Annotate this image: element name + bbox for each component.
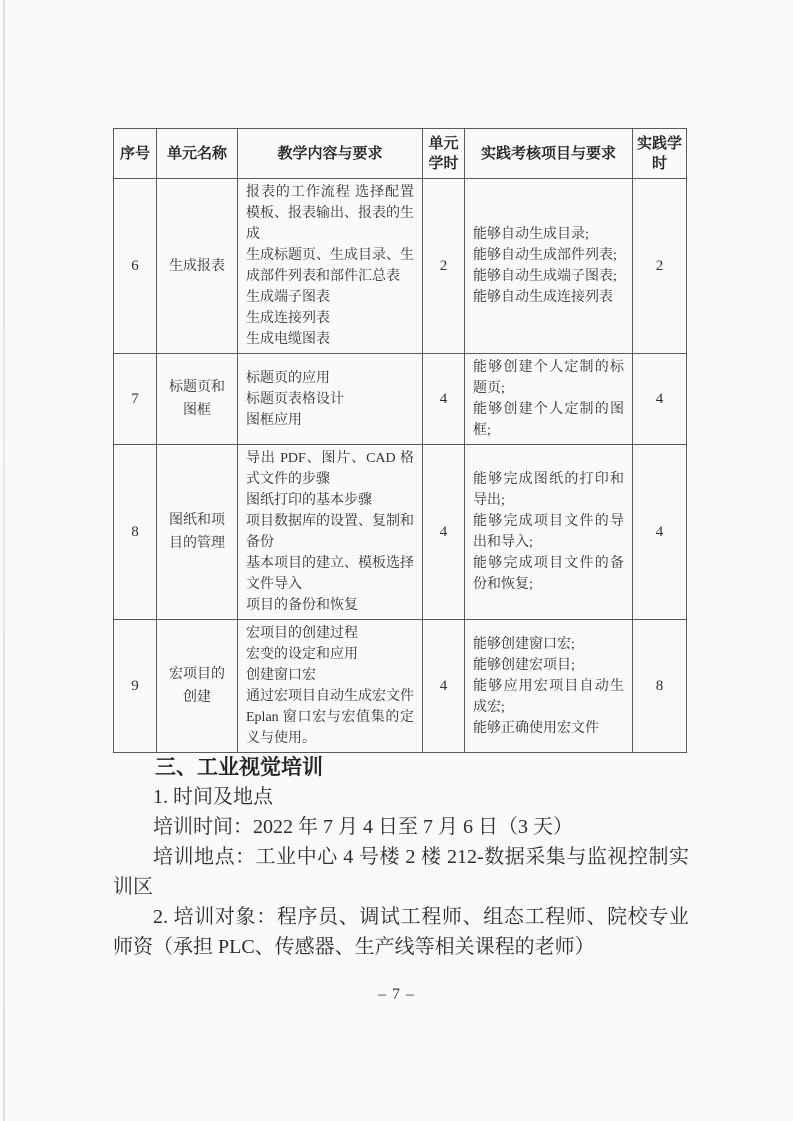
unit-hours: 4 bbox=[423, 620, 465, 753]
teaching-content-cell: 标题页的应用 标题页表格设计 图框应用 bbox=[238, 354, 423, 445]
practice-assessment-cell: 能够创建窗口宏; 能够创建宏项目; 能够应用宏项目自动生成宏; 能够正确使用宏文… bbox=[465, 620, 633, 753]
content-line: 宏项目的创建过程 bbox=[246, 623, 414, 644]
unit-name: 生成报表 bbox=[157, 179, 238, 354]
training-course-table: 序号 单元名称 教学内容与要求 单元学时 实践考核项目与要求 实践学时 6 生成… bbox=[113, 128, 687, 753]
training-time: 培训时间：2022 年 7 月 4 日至 7 月 6 日（3 天） bbox=[113, 812, 689, 842]
col-header-practice-assessment: 实践考核项目与要求 bbox=[465, 129, 633, 179]
practice-line: 能够应用宏项目自动生成宏; bbox=[473, 676, 624, 718]
subsection-time-place: 1. 时间及地点 bbox=[113, 782, 689, 812]
row-index: 8 bbox=[114, 445, 157, 620]
teaching-content-cell: 报表的工作流程 选择配置模板、报表输出、报表的生成 生成标题页、生成目录、生成部… bbox=[238, 179, 423, 354]
practice-line: 能够创建个人定制的图框; bbox=[473, 399, 624, 441]
practice-line: 能够自动生成部件列表; bbox=[473, 245, 624, 266]
practice-assessment-cell: 能够完成图纸的打印和导出; 能够完成项目文件的导出和导入; 能够完成项目文件的备… bbox=[465, 445, 633, 620]
col-header-teaching-content: 教学内容与要求 bbox=[238, 129, 423, 179]
body-text-block: 三、工业视觉培训 1. 时间及地点 培训时间：2022 年 7 月 4 日至 7… bbox=[113, 752, 689, 962]
teaching-content-cell: 宏项目的创建过程 宏变的设定和应用 创建窗口宏 通过宏项目自动生成宏文件 Epl… bbox=[238, 620, 423, 753]
table-row: 9 宏项目的创建 宏项目的创建过程 宏变的设定和应用 创建窗口宏 通过宏项目自动… bbox=[114, 620, 687, 753]
content-line: 项目的备份和恢复 bbox=[246, 595, 414, 616]
teaching-content-cell: 导出 PDF、图片、CAD 格式文件的步骤 图纸打印的基本步骤 项目数据库的设置… bbox=[238, 445, 423, 620]
content-line: Eplan 窗口宏与宏值集的定义与使用。 bbox=[246, 707, 414, 749]
practice-hours: 4 bbox=[633, 354, 687, 445]
table-row: 6 生成报表 报表的工作流程 选择配置模板、报表输出、报表的生成 生成标题页、生… bbox=[114, 179, 687, 354]
practice-line: 能够正确使用宏文件 bbox=[473, 718, 624, 739]
practice-assessment-cell: 能够自动生成目录; 能够自动生成部件列表; 能够自动生成端子图表; 能够自动生成… bbox=[465, 179, 633, 354]
content-line: 标题页表格设计 bbox=[246, 389, 414, 410]
content-line: 标题页的应用 bbox=[246, 368, 414, 389]
page-number: – 7 – bbox=[0, 986, 793, 1004]
content-line: 报表的工作流程 选择配置模板、报表输出、报表的生成 bbox=[246, 182, 414, 245]
row-index: 7 bbox=[114, 354, 157, 445]
table-row: 7 标题页和图框 标题页的应用 标题页表格设计 图框应用 4 能够创建个人定制的… bbox=[114, 354, 687, 445]
practice-line: 能够完成项目文件的导出和导入; bbox=[473, 511, 624, 553]
content-line: 基本项目的建立、模板选择 bbox=[246, 553, 414, 574]
unit-name: 宏项目的创建 bbox=[157, 620, 238, 753]
practice-hours: 4 bbox=[633, 445, 687, 620]
unit-hours: 4 bbox=[423, 445, 465, 620]
table-header: 序号 单元名称 教学内容与要求 单元学时 实践考核项目与要求 实践学时 bbox=[114, 129, 687, 179]
content-line: 生成标题页、生成目录、生成部件列表和部件汇总表 bbox=[246, 245, 414, 287]
unit-hours: 4 bbox=[423, 354, 465, 445]
practice-line: 能够自动生成目录; bbox=[473, 224, 624, 245]
practice-hours: 8 bbox=[633, 620, 687, 753]
header-row: 序号 单元名称 教学内容与要求 单元学时 实践考核项目与要求 实践学时 bbox=[114, 129, 687, 179]
content-line: 图纸打印的基本步骤 bbox=[246, 490, 414, 511]
content-line: 生成连接列表 bbox=[246, 308, 414, 329]
unit-name: 图纸和项目的管理 bbox=[157, 445, 238, 620]
content-line: 文件导入 bbox=[246, 574, 414, 595]
practice-line: 能够自动生成端子图表; bbox=[473, 266, 624, 287]
practice-line: 能够创建个人定制的标题页; bbox=[473, 357, 624, 399]
practice-line: 能够完成图纸的打印和导出; bbox=[473, 469, 624, 511]
unit-name: 标题页和图框 bbox=[157, 354, 238, 445]
unit-hours: 2 bbox=[423, 179, 465, 354]
col-header-unit-name: 单元名称 bbox=[157, 129, 238, 179]
content-line: 生成电缆图表 bbox=[246, 329, 414, 350]
practice-hours: 2 bbox=[633, 179, 687, 354]
col-header-index: 序号 bbox=[114, 129, 157, 179]
content-line: 宏变的设定和应用 bbox=[246, 644, 414, 665]
content-line: 项目数据库的设置、复制和备份 bbox=[246, 511, 414, 553]
training-place: 培训地点：工业中心 4 号楼 2 楼 212-数据采集与监视控制实训区 bbox=[113, 842, 689, 902]
row-index: 6 bbox=[114, 179, 157, 354]
practice-line: 能够自动生成连接列表 bbox=[473, 287, 624, 308]
practice-line: 能够完成项目文件的备份和恢复; bbox=[473, 553, 624, 595]
practice-line: 能够创建宏项目; bbox=[473, 655, 624, 676]
content-line: 图框应用 bbox=[246, 410, 414, 431]
section-heading: 三、工业视觉培训 bbox=[113, 752, 689, 782]
practice-assessment-cell: 能够创建个人定制的标题页; 能够创建个人定制的图框; bbox=[465, 354, 633, 445]
row-index: 9 bbox=[114, 620, 157, 753]
content-line: 生成端子图表 bbox=[246, 287, 414, 308]
table-row: 8 图纸和项目的管理 导出 PDF、图片、CAD 格式文件的步骤 图纸打印的基本… bbox=[114, 445, 687, 620]
content-line: 导出 PDF、图片、CAD 格式文件的步骤 bbox=[246, 448, 414, 490]
training-audience: 2. 培训对象：程序员、调试工程师、组态工程师、院校专业师资（承担 PLC、传感… bbox=[113, 902, 689, 962]
content-line: 通过宏项目自动生成宏文件 bbox=[246, 686, 414, 707]
content-line: 创建窗口宏 bbox=[246, 665, 414, 686]
col-header-unit-hours: 单元学时 bbox=[423, 129, 465, 179]
practice-line: 能够创建窗口宏; bbox=[473, 634, 624, 655]
col-header-practice-hours: 实践学时 bbox=[633, 129, 687, 179]
scan-edge bbox=[3, 0, 5, 1121]
